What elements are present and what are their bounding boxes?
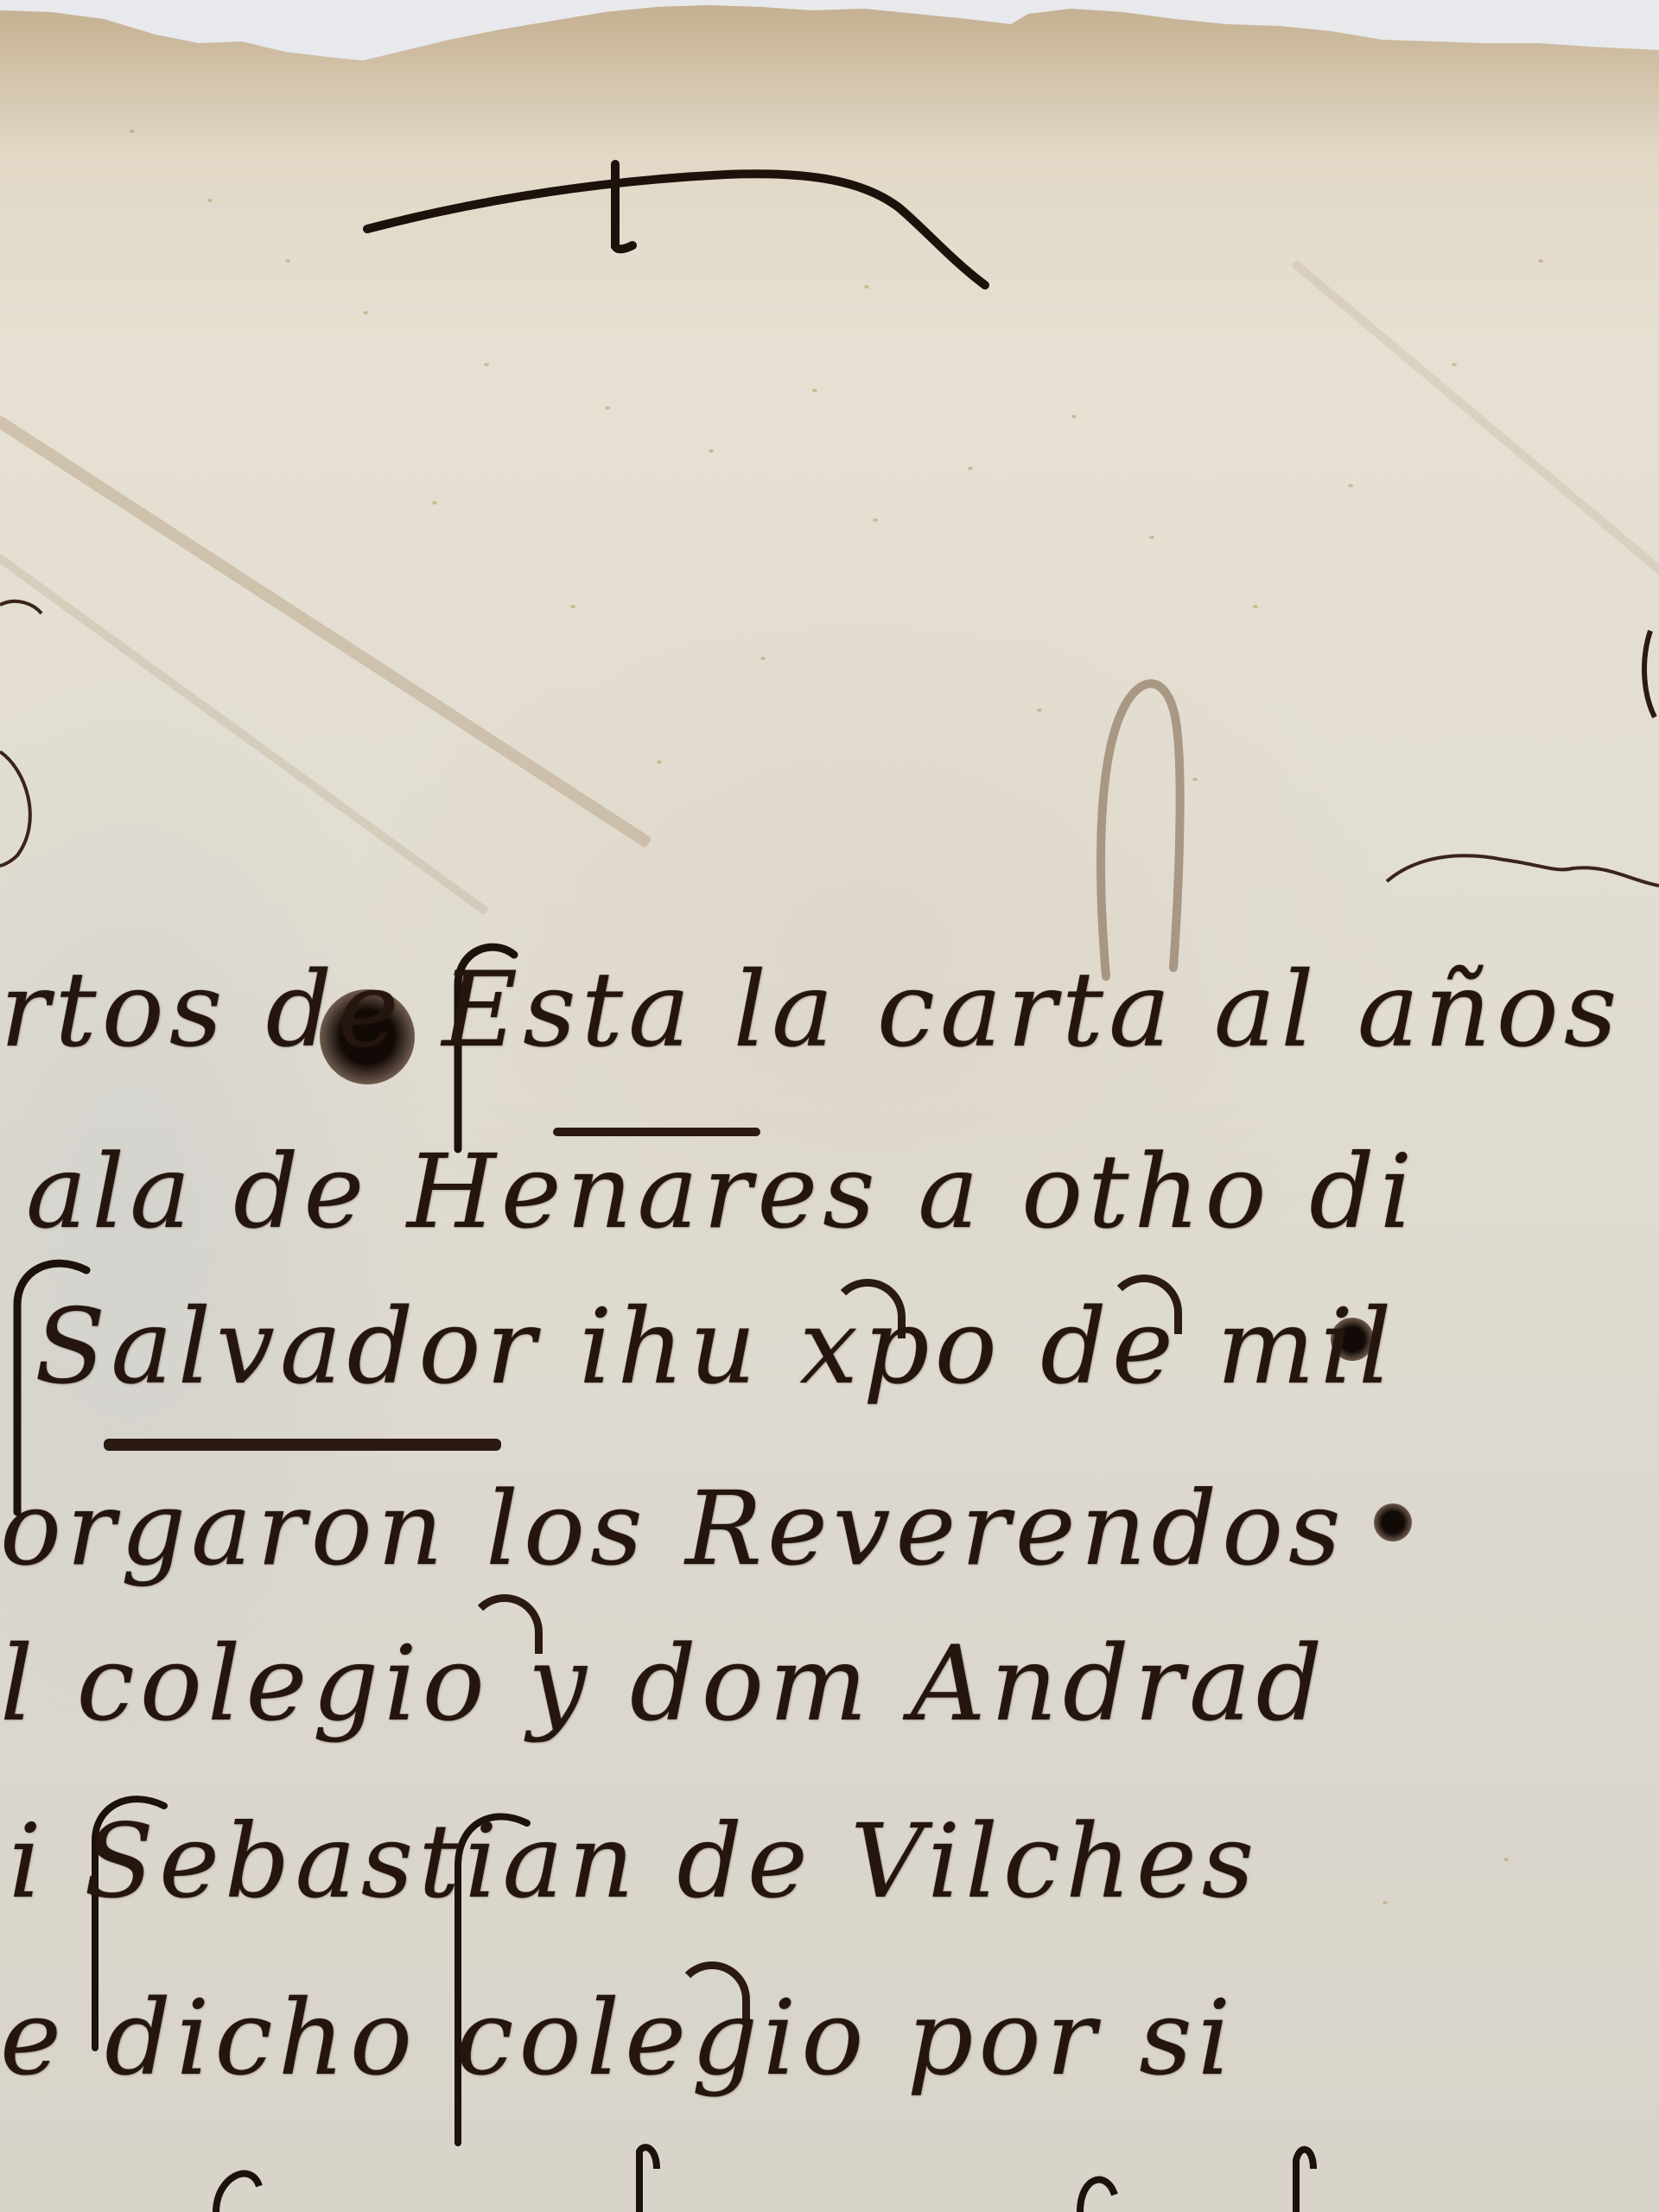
foxing-speck [760, 657, 766, 660]
manuscript-line-1: rtos de Esta la carta al años [0, 950, 1622, 1071]
next-line-fragments [0, 2143, 1659, 2212]
foxing-speck [1149, 536, 1154, 539]
foxing-speck [709, 449, 714, 453]
foxing-speck [657, 760, 662, 764]
foxing-speck [432, 501, 437, 505]
torn-edge-stain [0, 0, 1659, 156]
parchment-sheet: rtos de Esta la carta al años ala de Hen… [0, 0, 1659, 2212]
foxing-speck [285, 259, 290, 263]
foxing-speck [873, 518, 878, 522]
foxing-speck [363, 311, 368, 315]
manuscript-line-2: ala de Henares a otho di [26, 1132, 1417, 1251]
foxing-speck [605, 406, 610, 410]
crease-line [1291, 259, 1659, 599]
manuscript-line-4: orgaron los Reverendos [0, 1469, 1346, 1588]
crease-line [0, 553, 489, 916]
foxing-speck [1071, 415, 1077, 418]
right-margin-stroke [1382, 622, 1659, 899]
foxing-speck [130, 130, 135, 133]
manuscript-line-3: Salvador ihu xpo de mil [35, 1287, 1397, 1408]
manuscript-photo: rtos de Esta la carta al años ala de Hen… [0, 0, 1659, 2212]
manuscript-line-6: i Sebastian de Vilches [9, 1802, 1259, 1921]
faint-pencil-loop [1071, 657, 1210, 985]
manuscript-line-5: l colegio y dom Andrad [0, 1624, 1327, 1745]
foxing-speck [968, 467, 973, 470]
foxing-speck [1253, 605, 1258, 608]
ink-blot [1374, 1503, 1412, 1541]
foxing-speck [1503, 1858, 1509, 1861]
foxing-speck [1382, 1901, 1388, 1904]
foxing-speck [484, 363, 489, 366]
abbreviation-bar [104, 1439, 501, 1451]
foxing-speck [1452, 363, 1457, 366]
foxing-speck [1037, 709, 1042, 712]
foxing-speck [207, 199, 213, 202]
left-margin-stroke [0, 596, 69, 873]
foxing-speck [1348, 484, 1353, 487]
header-flourish-mark [363, 156, 1123, 311]
foxing-speck [812, 389, 817, 392]
foxing-speck [570, 605, 575, 608]
foxing-speck [1538, 259, 1543, 263]
manuscript-line-7: e dicho colegio por si [0, 1979, 1236, 2099]
